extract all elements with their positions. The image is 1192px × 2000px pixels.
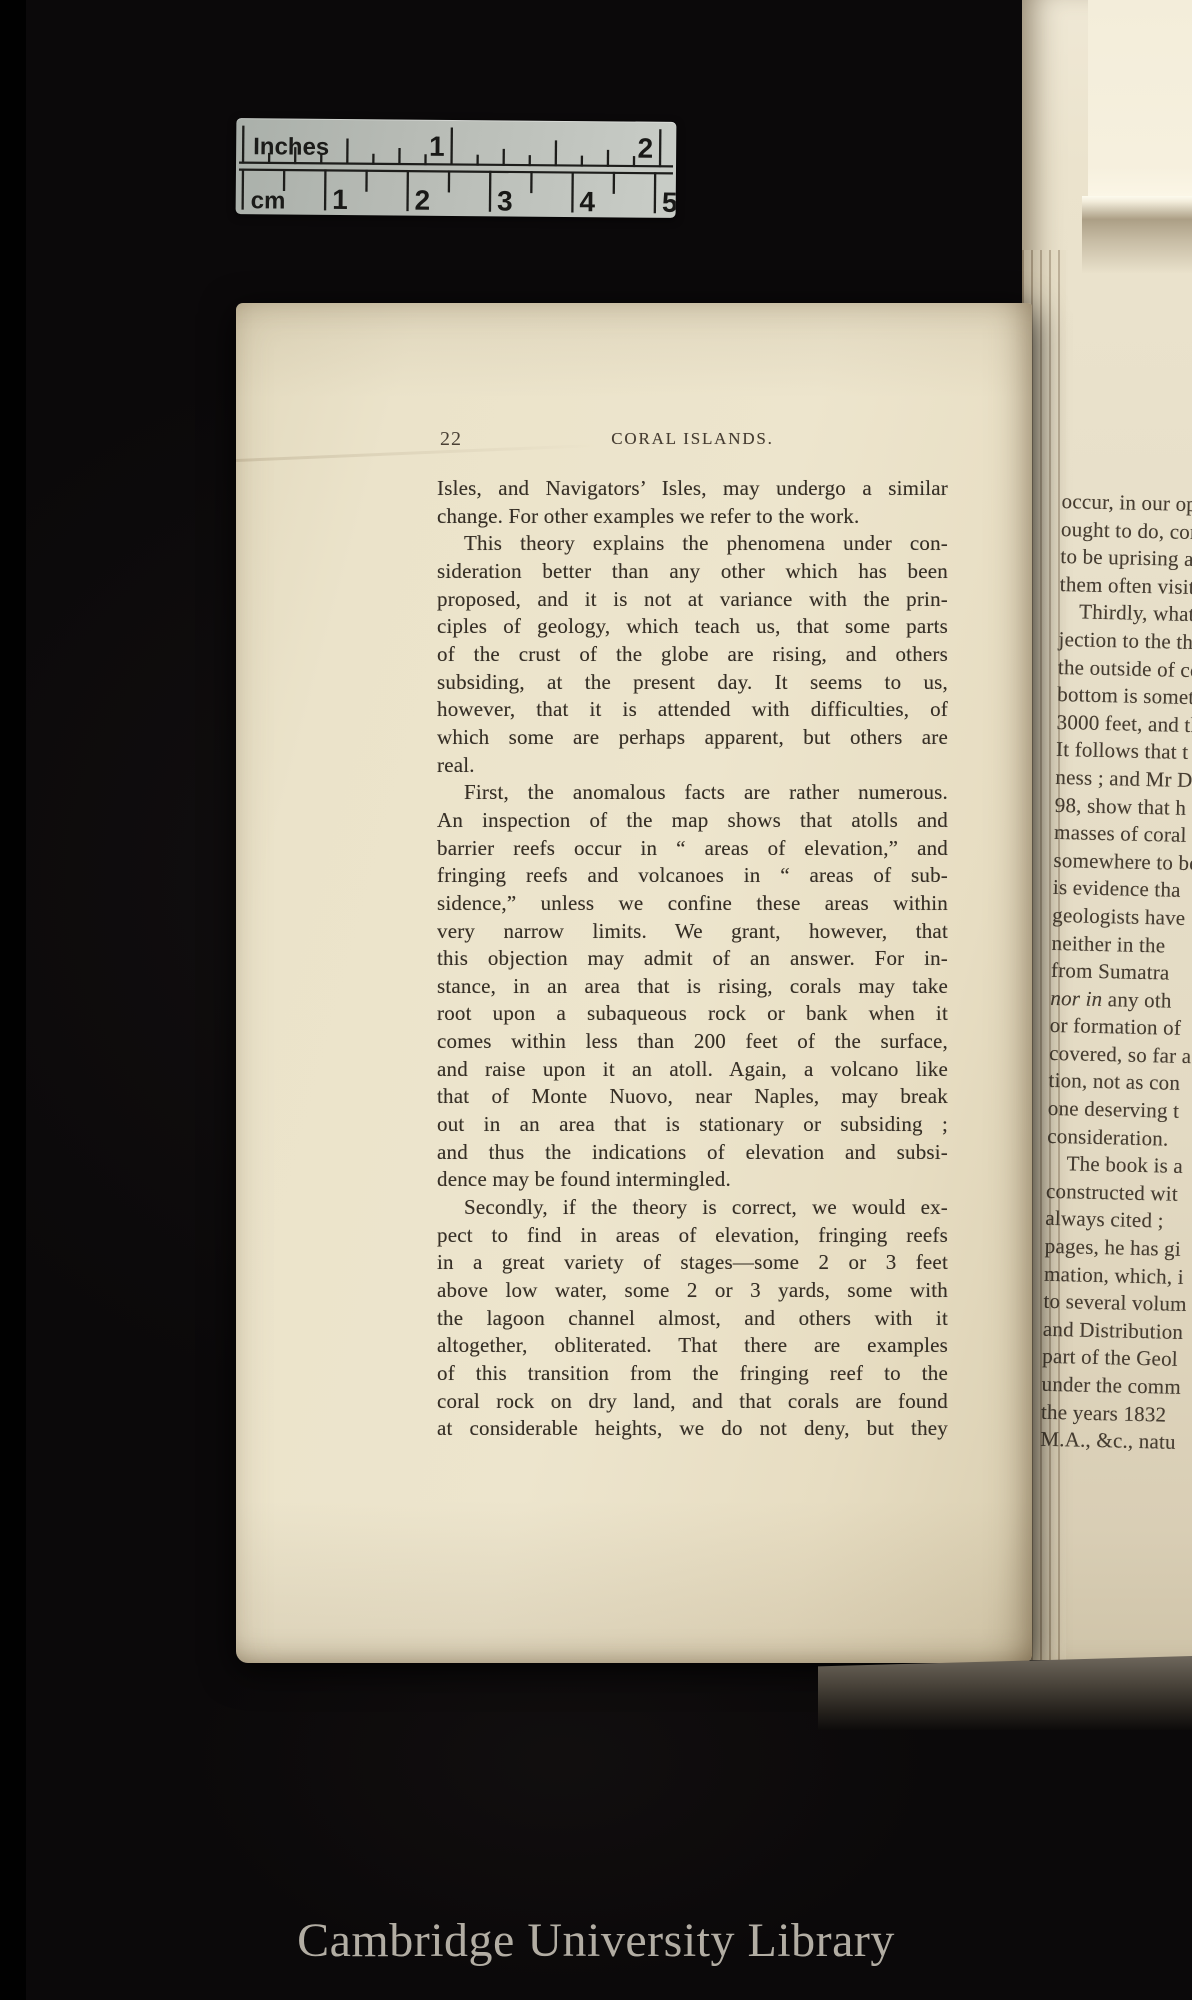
text-line: real. (437, 752, 948, 780)
ruler-svg: Inches cm 1212345 (236, 118, 677, 218)
right-page-lines: occur, in our opiought to do, conto be u… (1040, 488, 1192, 1459)
text-line: that of Monte Nuovo, near Naples, may br… (437, 1083, 948, 1111)
text-line: at considerable heights, we do not deny,… (437, 1415, 948, 1443)
text-line: Isles, and Navigators’ Isles, may underg… (437, 475, 948, 503)
text-line: root upon a subaqueous rock or bank when… (437, 1000, 948, 1028)
ruler-cm-number: 5 (662, 187, 677, 218)
ruler-inches-label: Inches (253, 133, 329, 161)
text-line: barrier reefs occur in “ areas of elevat… (437, 835, 948, 863)
ruler-cm-label: cm (251, 187, 286, 214)
text-line: altogether, obliterated. That there are … (437, 1332, 948, 1360)
text-line: comes within less than 200 feet of the s… (437, 1028, 948, 1056)
text-line: of this transition from the fringing ree… (437, 1360, 948, 1388)
running-header: CORAL ISLANDS. (437, 429, 948, 449)
text-line: very narrow limits. We grant, however, t… (437, 918, 948, 946)
text-line: An inspection of the map shows that atol… (437, 807, 948, 835)
library-watermark: Cambridge University Library (0, 1912, 1192, 1970)
table-edge (818, 1656, 1192, 1730)
text-line: Secondly, if the theory is correct, we w… (437, 1194, 948, 1222)
text-line: change. For other examples we refer to t… (437, 503, 948, 531)
text-line: fringing reefs and volcanoes in “ areas … (437, 862, 948, 890)
ruler-cm-number: 4 (579, 186, 595, 217)
text-line: which some are perhaps apparent, but oth… (437, 724, 948, 752)
text-line: This theory explains the phenomena under… (437, 530, 948, 558)
text-line: dence may be found intermingled. (437, 1166, 948, 1194)
text-line: coral rock on dry land, and that corals … (437, 1388, 948, 1416)
text-line: subsiding, at the present day. It seems … (437, 669, 948, 697)
text-line: First, the anomalous facts are rather nu… (437, 779, 948, 807)
page-header: 22 CORAL ISLANDS. (437, 428, 948, 454)
text-line: sidence,” unless we confine these areas … (437, 890, 948, 918)
left-page-lines: Isles, and Navigators’ Isles, may underg… (437, 475, 948, 1443)
text-line: of the crust of the globe are rising, an… (437, 641, 948, 669)
text-line: sideration better than any other which h… (437, 558, 948, 586)
text-line: however, that it is attended with diffic… (437, 696, 948, 724)
text-line: this objection may admit of an answer. F… (437, 945, 948, 973)
text-line: proposed, and it is not at variance with… (437, 586, 948, 614)
ruler: Inches cm 1212345 (236, 118, 677, 218)
text-line: pect to find in areas of elevation, frin… (437, 1222, 948, 1250)
text-line: above low water, some 2 or 3 yards, some… (437, 1277, 948, 1305)
page-curl-highlight (1088, 0, 1192, 196)
text-line: out in an area that is stationary or sub… (437, 1111, 948, 1139)
book-page-left: 22 CORAL ISLANDS. Isles, and Navigators’… (236, 303, 1032, 1663)
ruler-cm-number: 2 (414, 185, 430, 216)
ruler-inch-number: 2 (637, 133, 653, 164)
text-line: and raise upon it an atoll. Again, a vol… (437, 1056, 948, 1084)
text-line: the lagoon channel almost, and others wi… (437, 1305, 948, 1333)
text-line: ciples of geology, which teach us, that … (437, 613, 948, 641)
text-line: in a great variety of stages—some 2 or 3… (437, 1249, 948, 1277)
ruler-inch-number: 1 (429, 131, 445, 162)
ruler-cm-number: 3 (497, 185, 513, 216)
photo-stage: occur, in our opiought to do, conto be u… (0, 0, 1192, 2000)
text-line: M.A., &c., natu (1040, 1426, 1192, 1459)
page-curl-shadow (1082, 196, 1192, 274)
background-strip (0, 0, 26, 2000)
ruler-cm-number: 1 (332, 184, 348, 215)
text-line: stance, in an area that is rising, coral… (437, 973, 948, 1001)
text-line: and thus the indications of elevation an… (437, 1139, 948, 1167)
